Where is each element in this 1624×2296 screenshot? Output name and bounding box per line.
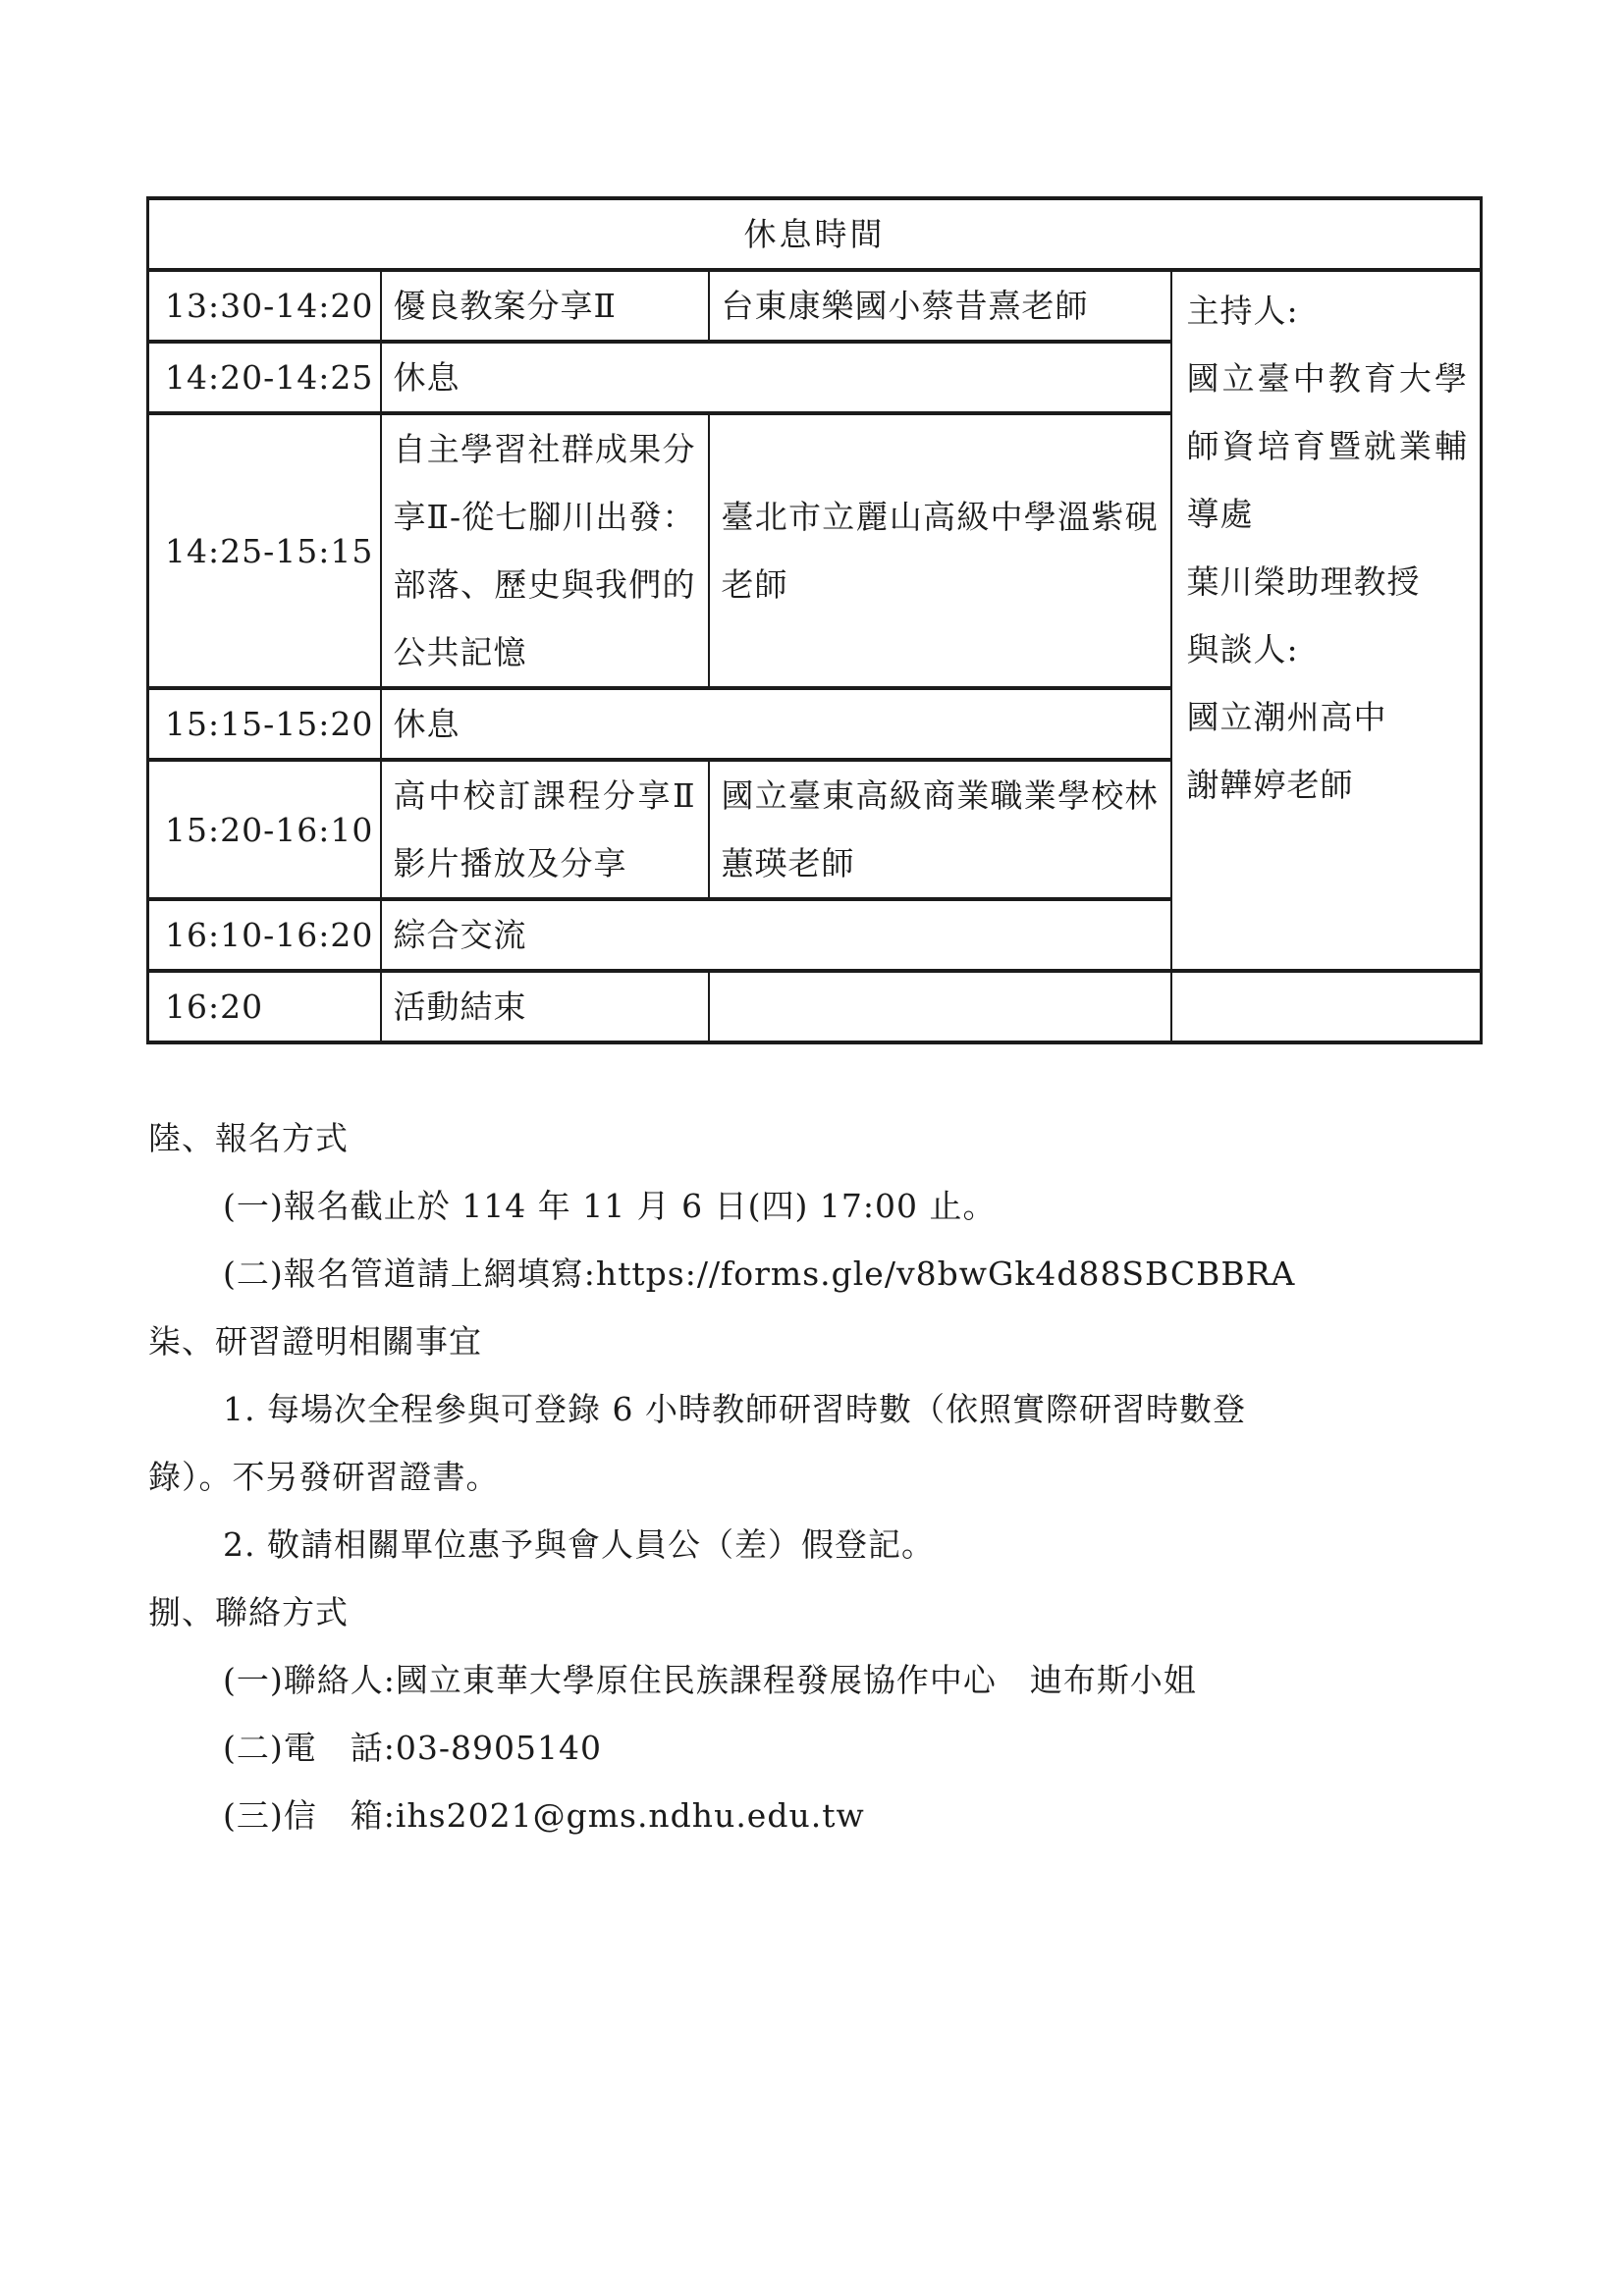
- certificate-hours-line: 1. 每場次全程參與可登錄 6 小時教師研習時數（依照實際研習時數登: [148, 1375, 1493, 1443]
- table-row: 13:30-14:20 優良教案分享Ⅱ 台東康樂國小蔡昔熹老師 主持人: 國立臺…: [148, 270, 1482, 342]
- break-time-header-cell: 休息時間: [148, 198, 1482, 270]
- time-cell: 16:20: [148, 971, 381, 1042]
- topic-cell: 優良教案分享Ⅱ: [381, 270, 709, 342]
- certificate-hours-continuation-line: 錄）。不另發研習證書。: [148, 1443, 1493, 1511]
- time-cell: 14:25-15:15: [148, 413, 381, 688]
- registration-deadline-line: (一)報名截止於 114 年 11 月 6 日(四) 17:00 止。: [148, 1172, 1493, 1240]
- contact-person-line: (一)聯絡人:國立東華大學原住民族課程發展協作中心 迪布斯小姐: [148, 1646, 1493, 1714]
- section-heading-registration: 陸、報名方式: [148, 1104, 1493, 1172]
- body-text: 陸、報名方式 (一)報名截止於 114 年 11 月 6 日(四) 17:00 …: [148, 1104, 1493, 1849]
- contact-phone-line: (二)電 話:03-8905140: [148, 1714, 1493, 1782]
- topic-cell: 高中校訂課程分享Ⅱ影片播放及分享: [381, 760, 709, 899]
- empty-cell: [1171, 971, 1482, 1042]
- speaker-cell: [709, 971, 1171, 1042]
- time-cell: 13:30-14:20: [148, 270, 381, 342]
- section-heading-contact: 捌、聯絡方式: [148, 1578, 1493, 1646]
- time-cell: 14:20-14:25: [148, 342, 381, 413]
- time-cell: 15:15-15:20: [148, 688, 381, 760]
- topic-cell: 活動結束: [381, 971, 709, 1042]
- speaker-cell: 台東康樂國小蔡昔熹老師: [709, 270, 1171, 342]
- contact-email-line: (三)信 箱:ihs2021@gms.ndhu.edu.tw: [148, 1782, 1493, 1849]
- topic-cell: 綜合交流: [381, 899, 1171, 971]
- topic-cell: 休息: [381, 342, 1171, 413]
- schedule-table: 休息時間 13:30-14:20 優良教案分享Ⅱ 台東康樂國小蔡昔熹老師 主持人…: [146, 196, 1483, 1044]
- time-cell: 16:10-16:20: [148, 899, 381, 971]
- moderator-cell: 主持人: 國立臺中教育大學師資培育暨就業輔導處 葉川榮助理教授 與談人: 國立潮…: [1171, 270, 1482, 971]
- document-page: 休息時間 13:30-14:20 優良教案分享Ⅱ 台東康樂國小蔡昔熹老師 主持人…: [0, 0, 1624, 2296]
- speaker-cell: 臺北市立麗山高級中學溫紫硯老師: [709, 413, 1171, 688]
- topic-cell: 休息: [381, 688, 1171, 760]
- section-heading-certificate: 柒、研習證明相關事宜: [148, 1308, 1493, 1375]
- official-leave-line: 2. 敬請相關單位惠予與會人員公（差）假登記。: [148, 1511, 1493, 1578]
- speaker-cell: 國立臺東高級商業職業學校林蕙瑛老師: [709, 760, 1171, 899]
- topic-cell: 自主學習社群成果分享Ⅱ-從七腳川出發：部落、歷史與我們的公共記憶: [381, 413, 709, 688]
- table-row: 16:20 活動結束: [148, 971, 1482, 1042]
- registration-url-line: (二)報名管道請上網填寫:https://forms.gle/v8bwGk4d8…: [148, 1240, 1493, 1308]
- table-row: 休息時間: [148, 198, 1482, 270]
- time-cell: 15:20-16:10: [148, 760, 381, 899]
